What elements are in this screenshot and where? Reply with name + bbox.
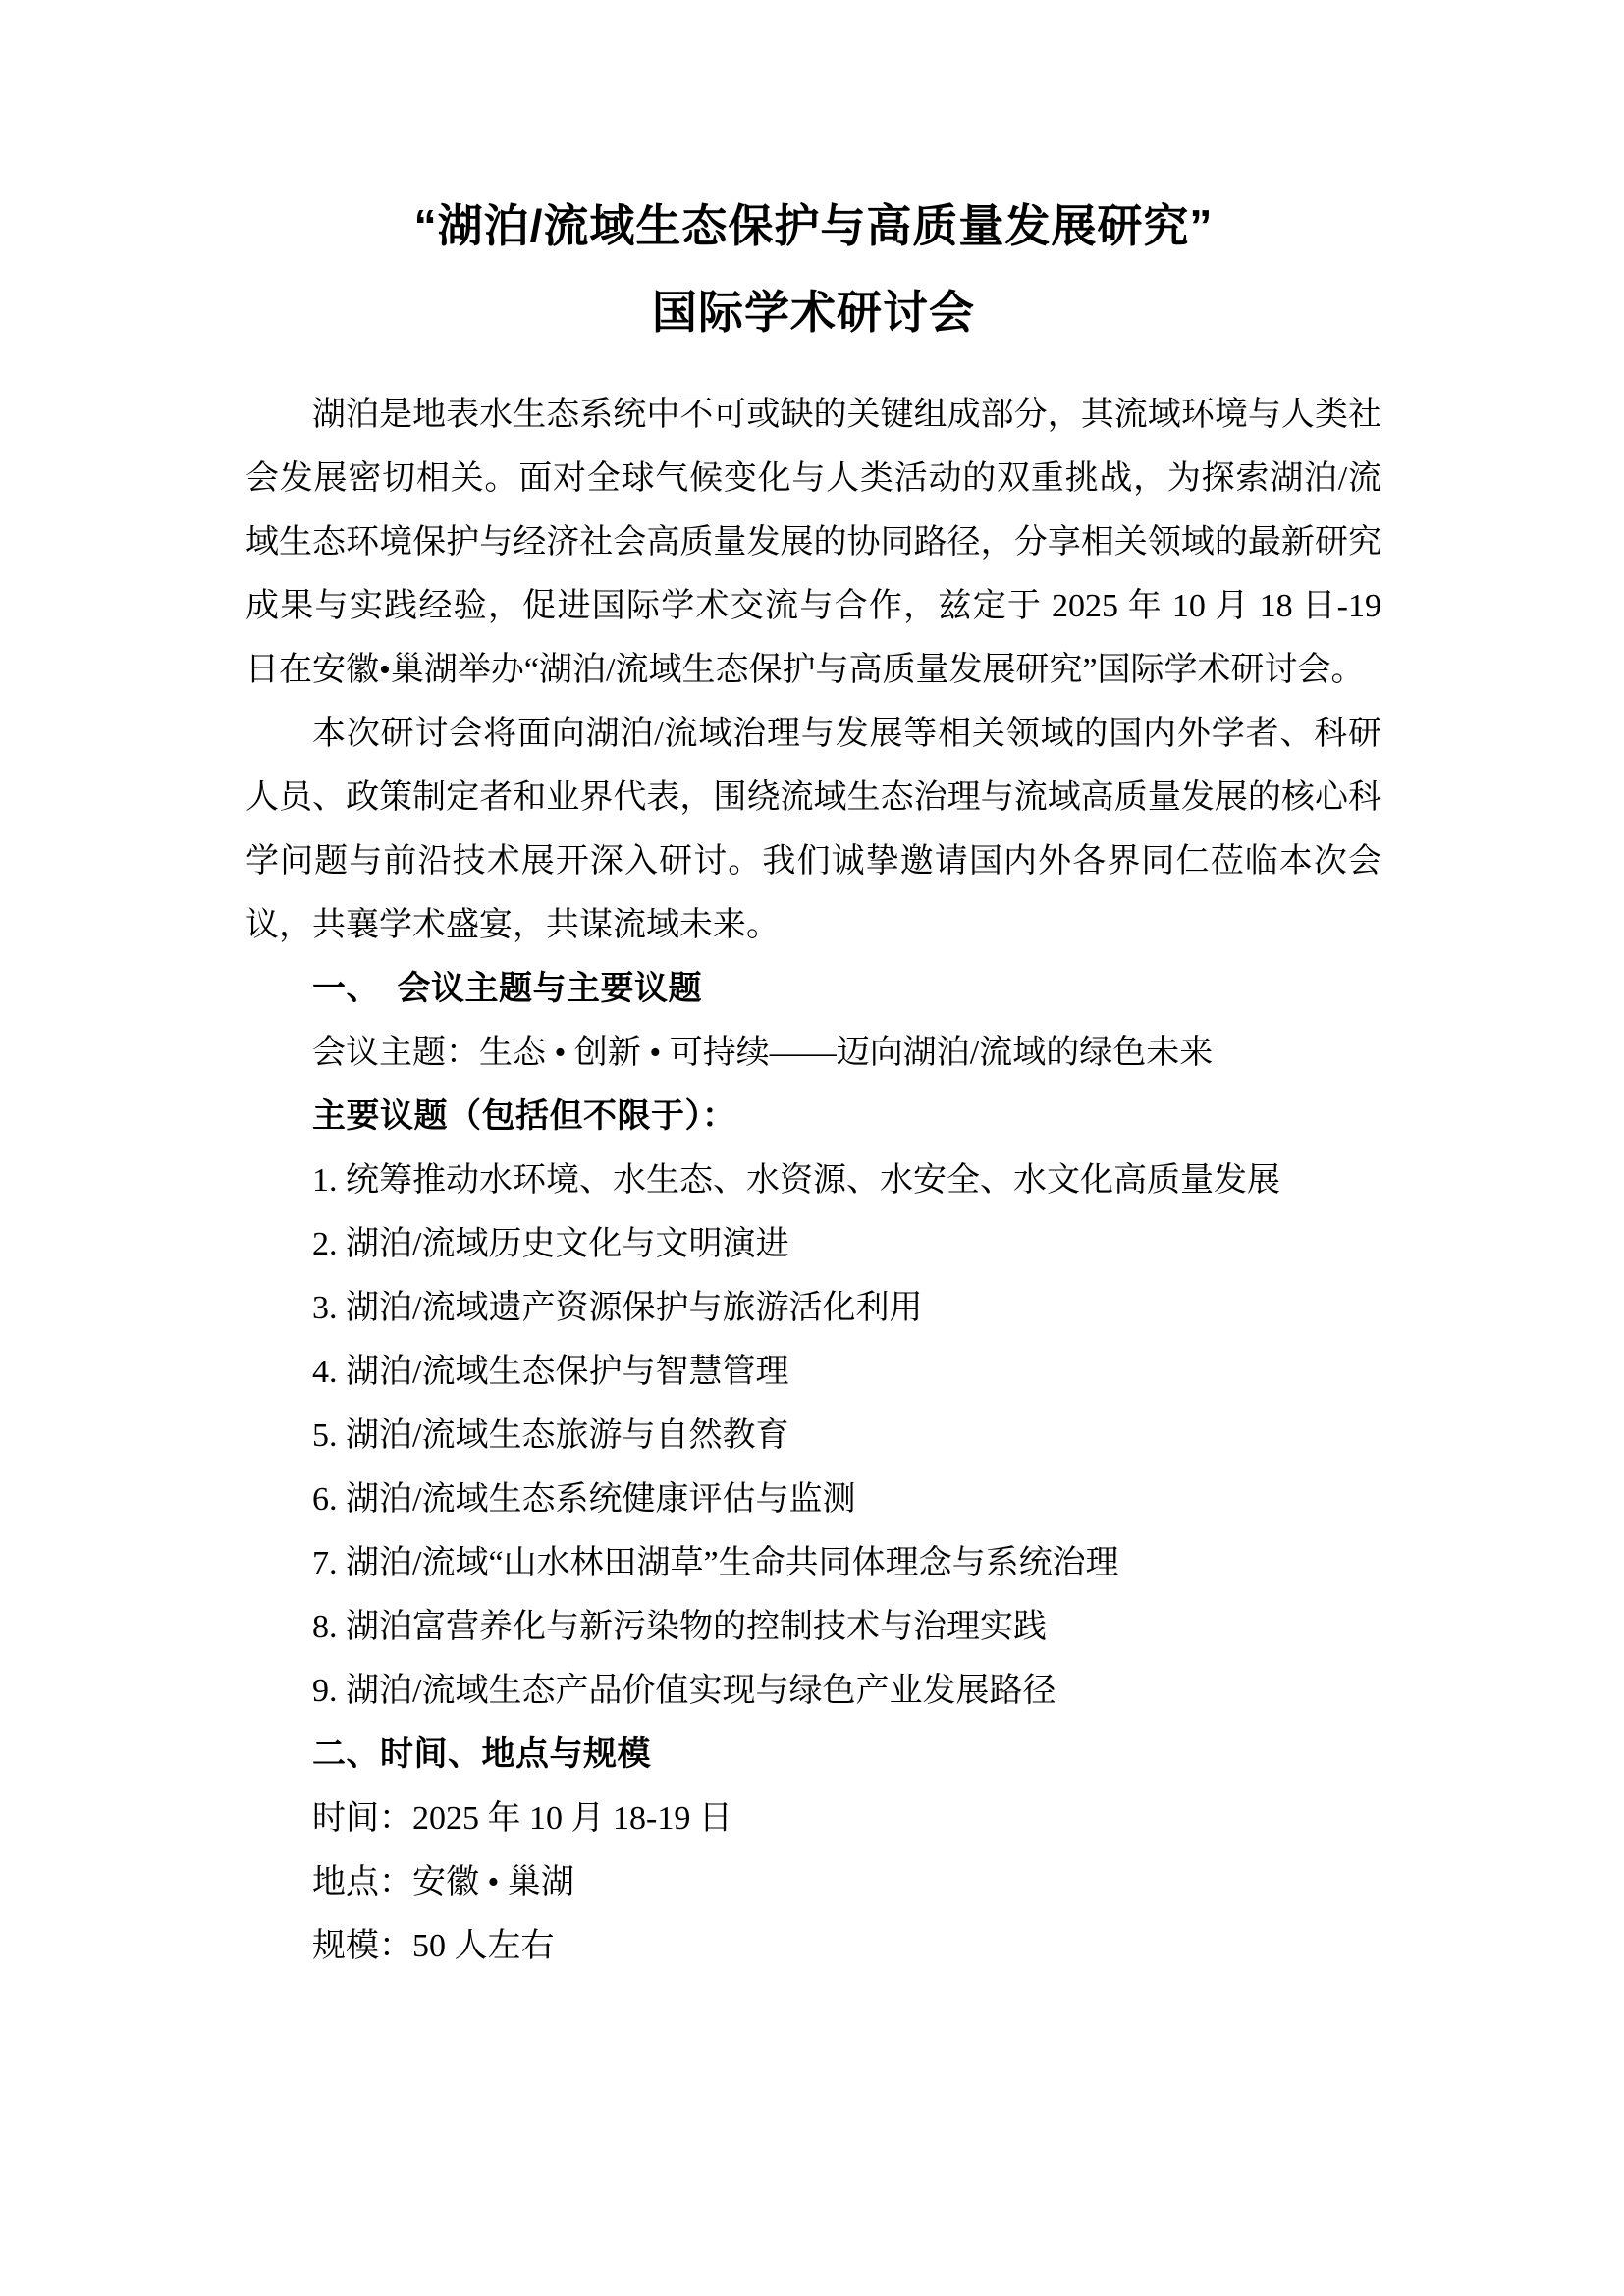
- section-2-heading: 二、时间、地点与规模: [245, 1723, 1381, 1787]
- topic-item-9: 9. 湖泊/流域生态产品价值实现与绿色产业发展路径: [245, 1659, 1381, 1723]
- document-page: “湖泊/流域生态保护与高质量发展研究” 国际学术研讨会 湖泊是地表水生态系统中不…: [0, 0, 1624, 2296]
- document-title: “湖泊/流域生态保护与高质量发展研究” 国际学术研讨会: [245, 183, 1381, 355]
- topic-item-2: 2. 湖泊/流域历史文化与文明演进: [245, 1212, 1381, 1276]
- topic-item-1: 1. 统筹推动水环境、水生态、水资源、水安全、水文化高质量发展: [245, 1148, 1381, 1212]
- document-body: 湖泊是地表水生态系统中不可或缺的关键组成部分，其流域环境与人类社会发展密切相关。…: [245, 383, 1381, 1978]
- topic-item-4: 4. 湖泊/流域生态保护与智慧管理: [245, 1340, 1381, 1404]
- topic-item-8: 8. 湖泊富营养化与新污染物的控制技术与治理实践: [245, 1595, 1381, 1659]
- topic-item-6: 6. 湖泊/流域生态系统健康评估与监测: [245, 1468, 1381, 1531]
- intro-paragraph-2: 本次研讨会将面向湖泊/流域治理与发展等相关领域的国内外学者、科研人员、政策制定者…: [245, 702, 1381, 957]
- document-title-line-2: 国际学术研讨会: [245, 269, 1381, 355]
- topic-item-7: 7. 湖泊/流域“山水林田湖草”生命共同体理念与系统治理: [245, 1531, 1381, 1595]
- event-location-line: 地点：安徽 • 巢湖: [245, 1850, 1381, 1914]
- event-scale-line: 规模：50 人左右: [245, 1914, 1381, 1978]
- topic-item-5: 5. 湖泊/流域生态旅游与自然教育: [245, 1404, 1381, 1468]
- conference-theme-line: 会议主题：生态 • 创新 • 可持续——迈向湖泊/流域的绿色未来: [245, 1021, 1381, 1085]
- section-1-heading: 一、 会议主题与主要议题: [245, 957, 1381, 1021]
- event-time-line: 时间：2025 年 10 月 18-19 日: [245, 1787, 1381, 1850]
- topic-item-3: 3. 湖泊/流域遗产资源保护与旅游活化利用: [245, 1276, 1381, 1340]
- topics-list-heading: 主要议题（包括但不限于）：: [245, 1085, 1381, 1148]
- intro-paragraph-1: 湖泊是地表水生态系统中不可或缺的关键组成部分，其流域环境与人类社会发展密切相关。…: [245, 383, 1381, 702]
- document-title-line-1: “湖泊/流域生态保护与高质量发展研究”: [245, 183, 1381, 269]
